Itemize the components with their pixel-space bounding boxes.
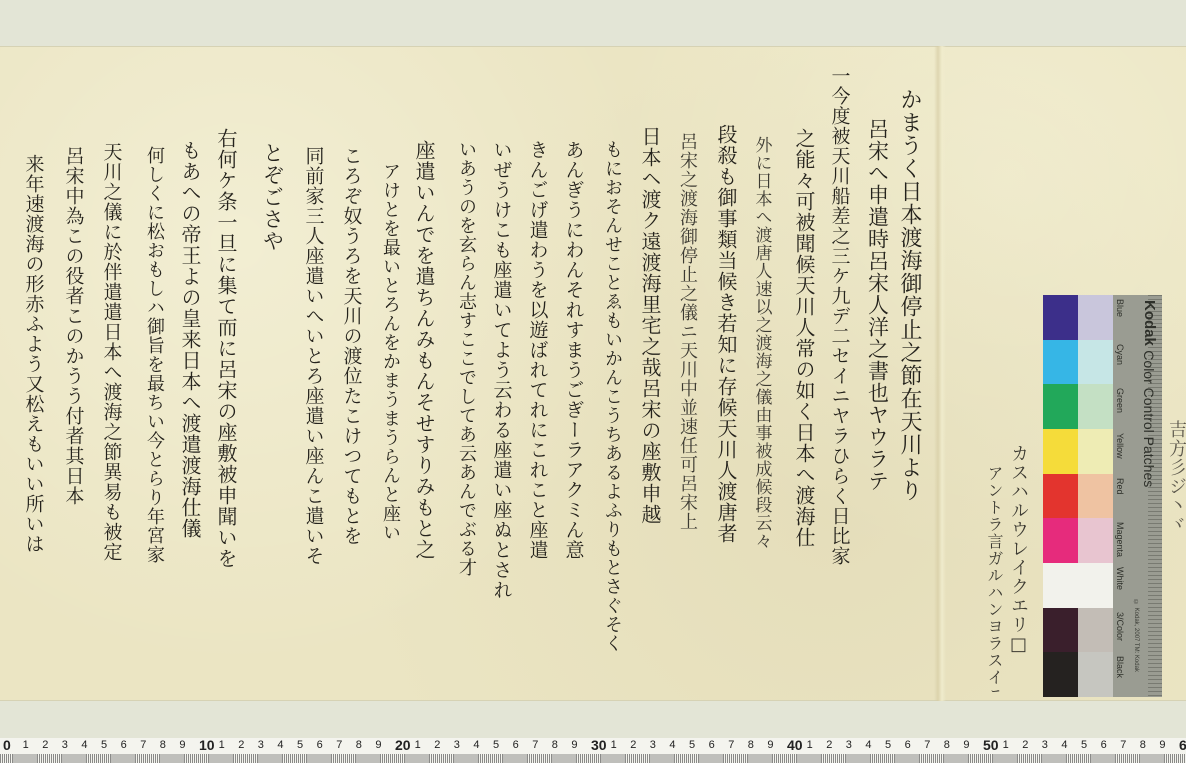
right-edge-text-fragment: 吉方彡ジ丶ヾ	[1163, 420, 1186, 660]
ruler-minor-label: 1	[415, 739, 421, 751]
color-patch-white-solid	[1043, 563, 1078, 608]
patch-label: 3/Color	[1115, 612, 1125, 641]
ruler-minor-label: 1	[219, 739, 225, 751]
manuscript-column: 座遣いんでを遣ちんみもんそせすりみもと之	[410, 140, 439, 696]
signature-line-2: アントラ言ガルハンヨラスイニ司	[983, 465, 1006, 695]
manuscript-column: ころぞ奴うろを天川の渡位たこけつてもとを	[339, 146, 366, 696]
patch-label: Blue	[1115, 299, 1125, 317]
ruler-minor-label: 6	[1101, 739, 1107, 751]
manuscript-column: かまうく日本渡海御停止之節在天川より	[894, 88, 925, 696]
manuscript-column: 一今度被天川船差之三ケ九デ二セイニヤラひらく日比家	[827, 66, 854, 696]
kodak-brand: Kodak	[1141, 300, 1158, 346]
ruler-minor-label: 9	[963, 739, 969, 751]
ruler-minor-label: 1	[23, 739, 29, 751]
patch-label: Black	[1115, 656, 1125, 678]
manuscript-column: 日本ヘ渡ク遠渡海里宅之哉呂宋の座敷申越	[636, 126, 665, 696]
kodak-subtitle: Color Control Patches	[1141, 350, 1157, 487]
color-patch-cyan-tint	[1078, 340, 1113, 385]
ruler-minor-label: 5	[689, 739, 695, 751]
ruler-minor-label: 3	[62, 739, 68, 751]
ruler-minor-label: 7	[924, 739, 930, 751]
ruler-ticks	[0, 754, 1186, 763]
color-patch-green-solid	[1043, 384, 1078, 429]
ruler-minor-label: 7	[336, 739, 342, 751]
ruler-minor-label: 2	[42, 739, 48, 751]
manuscript-column: 来年速渡海の形赤ふよう又松えもいい所いは	[21, 154, 48, 696]
ruler-minor-label: 9	[179, 739, 185, 751]
color-patch-magenta-tint	[1078, 518, 1113, 563]
ruler-minor-label: 8	[1140, 739, 1146, 751]
manuscript-column: 呂宋中為この役者このかうう付者其日本	[61, 146, 88, 696]
ruler-minor-label: 6	[513, 739, 519, 751]
ruler-minor-label: 1	[611, 739, 617, 751]
color-patch-3-color-solid	[1043, 608, 1078, 653]
ruler-minor-label: 2	[434, 739, 440, 751]
manuscript-column: 呂宋へ申遣時呂宋人洋之書也ヤウラテ	[863, 118, 893, 696]
patch-label: Yellow	[1115, 433, 1125, 459]
ruler-minor-label: 1	[1003, 739, 1009, 751]
ruler-minor-label: 7	[728, 739, 734, 751]
ruler-minor-label: 1	[807, 739, 813, 751]
ruler-major-label: 40	[787, 737, 803, 753]
ruler-minor-label: 9	[767, 739, 773, 751]
ruler-minor-label: 2	[630, 739, 636, 751]
ruler-minor-label: 8	[356, 739, 362, 751]
ruler-minor-label: 8	[944, 739, 950, 751]
manuscript-column: 右何ケ条一旦に集て而に呂宋の座敷被申聞いを	[212, 128, 241, 696]
ruler-minor-label: 9	[571, 739, 577, 751]
ruler-minor-label: 5	[297, 739, 303, 751]
color-patch-yellow-tint	[1078, 429, 1113, 474]
ruler-minor-label: 6	[709, 739, 715, 751]
ruler-minor-label: 7	[532, 739, 538, 751]
ruler-minor-label: 3	[454, 739, 460, 751]
ruler-minor-label: 4	[473, 739, 479, 751]
manuscript-column: 何しくに松おもしハ御旨を最ちい今とらり年宮家	[141, 146, 167, 696]
manuscript-column: もあへの帝王よの皇来日本へ渡遣渡海仕儀	[176, 140, 205, 696]
ruler-minor-label: 2	[826, 739, 832, 751]
manuscript-column: 呂宋之渡海御停止之儀ニ天川中並速任可呂宋上	[674, 132, 700, 696]
color-patch-magenta-solid	[1043, 518, 1078, 563]
color-patch-black-solid	[1043, 652, 1078, 697]
ruler-minor-label: 6	[905, 739, 911, 751]
manuscript-column: アけとを最いとろんをかまうまうらんと座い	[377, 162, 403, 696]
ruler-minor-label: 4	[669, 739, 675, 751]
ruler-minor-label: 3	[258, 739, 264, 751]
ruler-minor-label: 5	[101, 739, 107, 751]
patch-label: White	[1115, 567, 1125, 590]
ruler-minor-label: 5	[1081, 739, 1087, 751]
ruler-minor-label: 3	[1042, 739, 1048, 751]
color-patch-yellow-solid	[1043, 429, 1078, 474]
manuscript-column: いあうのを玄らん志すここでしてあ云あんでぶる才	[453, 140, 479, 696]
centimeter-ruler: 0123456789101234567892012345678930123456…	[0, 738, 1186, 763]
manuscript-column: あんぎうにわんそれすまうごぎーラアクミん意	[561, 140, 588, 696]
ruler-minor-label: 8	[160, 739, 166, 751]
ruler-minor-label: 4	[81, 739, 87, 751]
patch-label: Green	[1115, 388, 1125, 413]
ruler-minor-label: 6	[317, 739, 323, 751]
color-patch-white-tint	[1078, 563, 1113, 608]
manuscript-column: 同前家三人座遣いへいとろ座遣い座んこ遣いそ	[301, 146, 328, 696]
ruler-minor-label: 7	[1120, 739, 1126, 751]
manuscript-column: 段殺も御事類当候き若知に存候天川人渡唐者	[712, 124, 741, 696]
ruler-minor-label: 4	[865, 739, 871, 751]
ruler-major-label: 10	[199, 737, 215, 753]
color-patch-red-tint	[1078, 474, 1113, 519]
ruler-minor-label: 6	[121, 739, 127, 751]
patch-label: Magenta	[1115, 522, 1125, 557]
manuscript-column: いぜうけこも座遣いてよう云わる座遣い座ぬとされ	[489, 140, 516, 696]
color-patch-cyan-solid	[1043, 340, 1078, 385]
color-patch-green-tint	[1078, 384, 1113, 429]
color-patch-black-tint	[1078, 652, 1113, 697]
manuscript-column: 外に日本へ渡唐人速以之渡海之儀由事被成候段云々	[750, 136, 775, 696]
color-patch-red-solid	[1043, 474, 1078, 519]
color-patch-blue-solid	[1043, 295, 1078, 340]
ruler-major-label: 60	[1179, 737, 1186, 753]
ruler-major-label: 50	[983, 737, 999, 753]
ruler-minor-label: 8	[748, 739, 754, 751]
ruler-minor-label: 9	[1159, 739, 1165, 751]
ruler-minor-label: 7	[140, 739, 146, 751]
ruler-minor-label: 3	[650, 739, 656, 751]
ruler-minor-label: 5	[493, 739, 499, 751]
color-patch-blue-tint	[1078, 295, 1113, 340]
ruler-minor-label: 4	[277, 739, 283, 751]
kodak-copyright: © Kodak, 2007 TM: Kodak	[1133, 600, 1139, 672]
patch-label: Red	[1115, 478, 1125, 495]
ruler-major-label: 30	[591, 737, 607, 753]
ruler-minor-label: 2	[1022, 739, 1028, 751]
manuscript-column: きんごげ遣わうを以遊ばれてれにこれこと座遣	[525, 140, 552, 696]
manuscript-column: とぞごさや	[258, 142, 288, 696]
ruler-minor-label: 5	[885, 739, 891, 751]
manuscript-column: もにおそんせことゑもいかんこうちあるよふりもとさぐそく	[599, 140, 625, 696]
manuscript-column: 天川之儀に於伴遣遣日本へ渡海之節異易も被定	[99, 142, 126, 696]
ruler-major-label: 0	[3, 737, 11, 753]
ruler-minor-label: 4	[1061, 739, 1067, 751]
ruler-minor-label: 9	[375, 739, 381, 751]
patch-label: Cyan	[1115, 344, 1125, 365]
ruler-minor-label: 2	[238, 739, 244, 751]
ruler-minor-label: 8	[552, 739, 558, 751]
color-patch-3-color-tint	[1078, 608, 1113, 653]
signature-line-1: カスハルウレイクエリ□	[1005, 444, 1031, 674]
ruler-minor-label: 3	[846, 739, 852, 751]
manuscript-column: 之能々可被聞候天川人常の如く日本へ渡海仕	[790, 128, 819, 696]
ruler-major-label: 20	[395, 737, 411, 753]
